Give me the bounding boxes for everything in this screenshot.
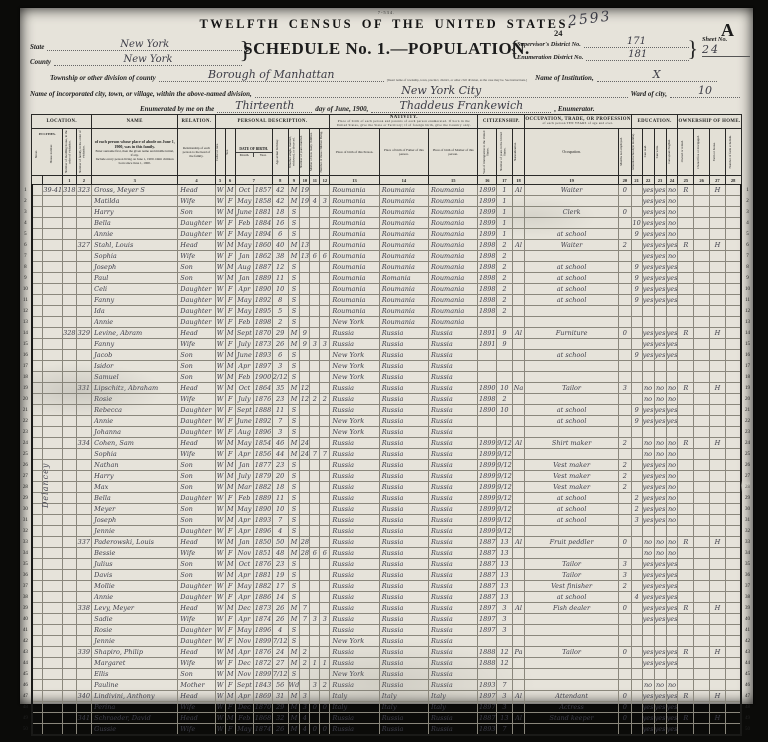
cell-own bbox=[678, 669, 694, 680]
cell-age: 26 bbox=[272, 339, 288, 350]
cell-pm: Russia bbox=[429, 405, 478, 416]
cell-age: 10 bbox=[272, 284, 288, 295]
cell-sch bbox=[631, 691, 642, 702]
cell-mort bbox=[694, 394, 710, 405]
cell-sch bbox=[631, 251, 642, 262]
cell-iy: 1899 bbox=[478, 526, 497, 537]
cell-name: Sadie bbox=[92, 614, 178, 625]
cell-pob: Russia bbox=[330, 405, 379, 416]
cell-nat bbox=[512, 306, 525, 317]
cell-ym bbox=[300, 273, 310, 284]
cell-occ: at school bbox=[525, 262, 619, 273]
cell-sch bbox=[631, 647, 642, 658]
census-table-header: LOCATION. NAME RELATION. PERSONAL DESCRI… bbox=[20, 115, 753, 185]
cell-occ: at school bbox=[525, 273, 619, 284]
col-num: 1 bbox=[63, 176, 76, 185]
cell-name: Ellis bbox=[92, 669, 178, 680]
cell-fs bbox=[725, 482, 741, 493]
cell-occ: Fish dealer bbox=[525, 603, 619, 614]
cell-en: yes bbox=[666, 614, 678, 625]
cell-age: 50 bbox=[272, 537, 288, 548]
cell-sch: 2 bbox=[631, 493, 642, 504]
cell-nat bbox=[512, 218, 525, 229]
cell-occ: Fruit peddler bbox=[525, 537, 619, 548]
cell-pob: Russia bbox=[330, 526, 379, 537]
cell-bm: Apr bbox=[235, 284, 254, 295]
cell-wr: yes bbox=[654, 581, 666, 592]
cell-fs bbox=[725, 284, 741, 295]
cell-pf: Roumania bbox=[379, 240, 428, 251]
cell-color: W bbox=[215, 537, 225, 548]
cell-occ: at school bbox=[525, 493, 619, 504]
table-row: 44MargaretWifeWFDec187227M211RussiaRussi… bbox=[20, 658, 753, 669]
cell-color: W bbox=[215, 295, 225, 306]
cell-name: Davis bbox=[92, 570, 178, 581]
cell-own: R bbox=[678, 383, 694, 394]
cell-mc bbox=[310, 438, 320, 449]
street-name-vertical: Delancey bbox=[41, 416, 52, 508]
cell-color: W bbox=[215, 559, 225, 570]
row-number: 39 bbox=[20, 603, 32, 614]
cell-street bbox=[32, 592, 43, 603]
cell-dwell bbox=[63, 196, 76, 207]
cell-wr: yes bbox=[654, 570, 666, 581]
cell-nat: Al bbox=[512, 713, 525, 724]
cell-mort bbox=[694, 372, 710, 383]
cell-name: Pauline bbox=[92, 680, 178, 691]
cell-yu: 3 bbox=[497, 702, 513, 713]
cell-mu bbox=[618, 306, 631, 317]
cell-age: 35 bbox=[272, 383, 288, 394]
cell-fh: H bbox=[710, 185, 726, 196]
cell-bm: Apr bbox=[235, 361, 254, 372]
cell-own: R bbox=[678, 647, 694, 658]
cell-en: yes bbox=[666, 691, 678, 702]
cell-occ: Attendant bbox=[525, 691, 619, 702]
cell-yu: 2 bbox=[497, 394, 513, 405]
cell-iy: 1899 bbox=[478, 493, 497, 504]
cell-sex: M bbox=[225, 669, 235, 680]
cell-pm: Roumania bbox=[429, 295, 478, 306]
cell-pob: Russia bbox=[330, 581, 379, 592]
cell-own bbox=[678, 295, 694, 306]
cell-street bbox=[32, 647, 43, 658]
cell-pm: Russia bbox=[429, 570, 478, 581]
cell-fh bbox=[710, 284, 726, 295]
cell-own bbox=[678, 262, 694, 273]
cell-house bbox=[43, 284, 63, 295]
cell-en: no bbox=[666, 493, 678, 504]
table-row: 20RosieWifeWFJuly187623M1222RussiaRussia… bbox=[20, 394, 753, 405]
cell-dwell bbox=[63, 526, 76, 537]
cell-wr: yes bbox=[654, 691, 666, 702]
cell-wr: yes bbox=[654, 482, 666, 493]
cell-en: yes bbox=[666, 658, 678, 669]
cell-fh bbox=[710, 416, 726, 427]
cell-fam bbox=[76, 680, 92, 691]
cell-own bbox=[678, 515, 694, 526]
cell-mu: 2 bbox=[618, 482, 631, 493]
cell-fam bbox=[76, 636, 92, 647]
cell-own: R bbox=[678, 603, 694, 614]
cell-wr: yes bbox=[654, 702, 666, 713]
cell-cl: 7 bbox=[320, 449, 330, 460]
cell-ms: S bbox=[288, 350, 300, 361]
cell-sch bbox=[631, 438, 642, 449]
cell-mc bbox=[310, 350, 320, 361]
cell-mc: 3 bbox=[310, 339, 320, 350]
city-value-line: New York City bbox=[255, 84, 628, 98]
table-row: 33337Paderowski, LouisHeadWMJan185050M28… bbox=[20, 537, 753, 548]
pob-mother-label: Place of birth of Mother of this person. bbox=[429, 147, 477, 157]
ward-value-line: 10 bbox=[670, 84, 740, 98]
cell-mc bbox=[310, 581, 320, 592]
cell-pf: Roumania bbox=[379, 262, 428, 273]
cell-rd: yes bbox=[642, 482, 654, 493]
cell-cl bbox=[320, 416, 330, 427]
cell-fh bbox=[710, 592, 726, 603]
table-row: 31JosephSonWMApr18937SRussiaRussiaRussia… bbox=[20, 515, 753, 526]
occupation-label: Occupation. bbox=[525, 150, 618, 154]
col-header-pob-person: Place of birth of this Person. bbox=[330, 129, 379, 176]
cell-nat bbox=[512, 526, 525, 537]
cell-wr: no bbox=[654, 383, 666, 394]
cell-mc bbox=[310, 592, 320, 603]
cell-mc bbox=[310, 207, 320, 218]
row-number: 21 bbox=[20, 405, 32, 416]
cell-fh bbox=[710, 680, 726, 691]
cell-en: no bbox=[666, 218, 678, 229]
cell-fam bbox=[76, 394, 92, 405]
col-header-attended-school: Attended school (in months). bbox=[631, 129, 642, 176]
cell-fs bbox=[725, 251, 741, 262]
cell-yu bbox=[497, 669, 513, 680]
col-header-color: Color or race. bbox=[215, 129, 225, 176]
cell-rd: yes bbox=[642, 493, 654, 504]
row-number: 17 bbox=[741, 361, 753, 372]
cell-dwell: 318 bbox=[63, 185, 76, 196]
cell-rel: Son bbox=[178, 471, 215, 482]
cell-pf: Russia bbox=[379, 592, 428, 603]
cell-ms: S bbox=[288, 581, 300, 592]
cell-color: W bbox=[215, 691, 225, 702]
cell-occ bbox=[525, 669, 619, 680]
cell-fam bbox=[76, 361, 92, 372]
cell-mort bbox=[694, 262, 710, 273]
cell-mort bbox=[694, 361, 710, 372]
cell-ms: M bbox=[288, 339, 300, 350]
cell-wr: yes bbox=[654, 339, 666, 350]
cell-nat: Al bbox=[512, 240, 525, 251]
cell-en: yes bbox=[666, 350, 678, 361]
cell-street bbox=[32, 350, 43, 361]
cell-fs bbox=[725, 702, 741, 713]
row-number: 18 bbox=[20, 372, 32, 383]
cell-pm: Roumania bbox=[429, 317, 478, 328]
cell-pob: New York bbox=[330, 427, 379, 438]
cell-occ bbox=[525, 680, 619, 691]
cell-rel: Wife bbox=[178, 251, 215, 262]
cell-fs bbox=[725, 504, 741, 515]
cell-cl bbox=[320, 460, 330, 471]
cell-own bbox=[678, 196, 694, 207]
cell-occ bbox=[525, 317, 619, 328]
cell-fam bbox=[76, 295, 92, 306]
cell-yu: 2 bbox=[497, 240, 513, 251]
cell-yu: 9/12 bbox=[497, 449, 513, 460]
cell-cl bbox=[320, 207, 330, 218]
cell-mu: 0 bbox=[618, 185, 631, 196]
cell-rel: Daughter bbox=[178, 317, 215, 328]
cell-color: W bbox=[215, 317, 225, 328]
cell-dwell bbox=[63, 482, 76, 493]
cell-iy: 1891 bbox=[478, 339, 497, 350]
cell-rel: Son bbox=[178, 460, 215, 471]
cell-iy: 1887 bbox=[478, 592, 497, 603]
relation-desc: Relationship of each person to the head … bbox=[178, 145, 214, 159]
cell-house bbox=[43, 394, 63, 405]
table-row: 139-41318323Gross, Meyer SHeadWMOct18574… bbox=[20, 185, 753, 196]
cell-dwell bbox=[63, 625, 76, 636]
cell-en: yes bbox=[666, 339, 678, 350]
page-header: 7-534. TWELFTH CENSUS OF THE UNITED STAT… bbox=[20, 8, 753, 114]
cell-mc: 0 bbox=[310, 702, 320, 713]
cell-fh bbox=[710, 570, 726, 581]
cell-own bbox=[678, 460, 694, 471]
cell-iy bbox=[478, 372, 497, 383]
cell-wr: yes bbox=[654, 405, 666, 416]
cell-bm: May bbox=[235, 504, 254, 515]
cell-sex: M bbox=[225, 647, 235, 658]
name-desc: of each person whose place of abode on J… bbox=[95, 139, 175, 149]
dob-label: DATE OF BIRTH. bbox=[236, 147, 272, 151]
cell-wr: yes bbox=[654, 647, 666, 658]
cell-sex: M bbox=[225, 383, 235, 394]
cell-pm: Russia bbox=[429, 669, 478, 680]
col-header-children-living: Number of these children living. bbox=[320, 129, 330, 176]
cell-rel: Wife bbox=[178, 702, 215, 713]
cell-mu bbox=[618, 295, 631, 306]
col-header-marital: Whether single, married, widowed, or div… bbox=[288, 129, 300, 176]
cell-wr bbox=[654, 427, 666, 438]
cell-age: 7 bbox=[272, 515, 288, 526]
row-number: 9 bbox=[741, 273, 753, 284]
cell-mc bbox=[310, 405, 320, 416]
cell-sex: M bbox=[225, 185, 235, 196]
cell-en: no bbox=[666, 229, 678, 240]
cell-mc: 6 bbox=[310, 548, 320, 559]
cell-mort bbox=[694, 449, 710, 460]
cell-pf: Russia bbox=[379, 449, 428, 460]
cell-color: W bbox=[215, 273, 225, 284]
row-number: 34 bbox=[20, 548, 32, 559]
cell-street bbox=[32, 548, 43, 559]
table-row: 26NathanSonWMJan187723SRussiaRussiaRussi… bbox=[20, 460, 753, 471]
cell-mc bbox=[310, 460, 320, 471]
cell-age: 4 bbox=[272, 625, 288, 636]
row-number: 40 bbox=[20, 614, 32, 625]
cell-name: Matilda bbox=[92, 196, 178, 207]
cell-age: 20 bbox=[272, 471, 288, 482]
cell-yu: 9/12 bbox=[497, 482, 513, 493]
cell-iy: 1897 bbox=[478, 691, 497, 702]
cell-fh bbox=[710, 218, 726, 229]
cell-color: W bbox=[215, 372, 225, 383]
cell-age: 48 bbox=[272, 548, 288, 559]
cell-ym: 19 bbox=[300, 185, 310, 196]
cell-rd: no bbox=[642, 537, 654, 548]
cell-dwell bbox=[63, 295, 76, 306]
cell-mort bbox=[694, 251, 710, 262]
cell-wr: no bbox=[654, 680, 666, 691]
cell-pob: Russia bbox=[330, 460, 379, 471]
cell-sex: F bbox=[225, 636, 235, 647]
col-header-years-married: Number of years married. bbox=[300, 129, 310, 176]
cell-ym bbox=[300, 570, 310, 581]
cell-own bbox=[678, 306, 694, 317]
cell-yu: 9/12 bbox=[497, 493, 513, 504]
cell-sch bbox=[631, 680, 642, 691]
cell-name: Cohen, Sam bbox=[92, 438, 178, 449]
cell-rel: Son bbox=[178, 262, 215, 273]
cell-dwell bbox=[63, 537, 76, 548]
cell-bm: May bbox=[235, 295, 254, 306]
cell-cl bbox=[320, 669, 330, 680]
cell-by: 1898 bbox=[254, 317, 273, 328]
cell-mc bbox=[310, 482, 320, 493]
cell-pob: Russia bbox=[330, 680, 379, 691]
cell-ym: 13 bbox=[300, 251, 310, 262]
cell-ms: M bbox=[288, 603, 300, 614]
cell-fh bbox=[710, 526, 726, 537]
cell-fs bbox=[725, 240, 741, 251]
cell-ym bbox=[300, 207, 310, 218]
cell-dwell bbox=[63, 548, 76, 559]
row-number: 1 bbox=[741, 185, 753, 196]
col-num: 3 bbox=[92, 176, 178, 185]
cell-pob: Roumania bbox=[330, 229, 379, 240]
cell-occ: Stand keeper bbox=[525, 713, 619, 724]
table-row: 45EllisSonWMNov18997/12SNew YorkRussiaRu… bbox=[20, 669, 753, 680]
cell-pm: Russia bbox=[429, 680, 478, 691]
cell-wr: yes bbox=[654, 196, 666, 207]
cell-yu: 3 bbox=[497, 614, 513, 625]
cell-rd bbox=[642, 361, 654, 372]
cell-name: Sophia bbox=[92, 251, 178, 262]
col-header-family-number: Number of family, in the order of visita… bbox=[76, 129, 92, 176]
cell-nat bbox=[512, 273, 525, 284]
cell-rd: yes bbox=[642, 504, 654, 515]
cell-pf: Russia bbox=[379, 713, 428, 724]
cell-name: Lindivini, Anthony bbox=[92, 691, 178, 702]
cell-sex: F bbox=[225, 592, 235, 603]
cell-pm: Roumania bbox=[429, 218, 478, 229]
cell-ym bbox=[300, 504, 310, 515]
cell-nat bbox=[512, 482, 525, 493]
col-num: 20 bbox=[618, 176, 631, 185]
col-num: 2 bbox=[76, 176, 92, 185]
cell-mu bbox=[618, 218, 631, 229]
can-speak-english-label: Can speak English. bbox=[668, 139, 677, 164]
row-number: 47 bbox=[741, 691, 753, 702]
cell-by: 1884 bbox=[254, 218, 273, 229]
cell-en: no bbox=[666, 207, 678, 218]
color-label: Color or race. bbox=[216, 143, 225, 161]
cell-by: 1864 bbox=[254, 383, 273, 394]
cell-house bbox=[43, 383, 63, 394]
cell-occ bbox=[525, 251, 619, 262]
cell-fam: 331 bbox=[76, 383, 92, 394]
cell-mc: 6 bbox=[310, 251, 320, 262]
cell-own bbox=[678, 405, 694, 416]
cell-pf: Romania bbox=[379, 273, 428, 284]
cell-fh: H bbox=[710, 691, 726, 702]
col-num: 15 bbox=[429, 176, 478, 185]
row-number: 13 bbox=[741, 317, 753, 328]
cell-rd bbox=[642, 526, 654, 537]
institution-value-line: X bbox=[597, 68, 717, 82]
cell-rel: Wife bbox=[178, 339, 215, 350]
cell-fs bbox=[725, 515, 741, 526]
cell-ym bbox=[300, 416, 310, 427]
cell-house bbox=[43, 317, 63, 328]
cell-color: W bbox=[215, 405, 225, 416]
cell-rel: Wife bbox=[178, 724, 215, 736]
cell-en: no bbox=[666, 482, 678, 493]
cell-mc bbox=[310, 284, 320, 295]
cell-occ bbox=[525, 427, 619, 438]
cell-ym bbox=[300, 625, 310, 636]
cell-by: 1881 bbox=[254, 207, 273, 218]
cell-dwell bbox=[63, 262, 76, 273]
cell-bm: Jan bbox=[235, 537, 254, 548]
cell-sch: 2 bbox=[631, 504, 642, 515]
cell-ym bbox=[300, 559, 310, 570]
cell-cl bbox=[320, 559, 330, 570]
cell-sex: M bbox=[225, 482, 235, 493]
cell-mu bbox=[618, 680, 631, 691]
cell-nat bbox=[512, 592, 525, 603]
owned-free-label: Owned free or mortgaged. bbox=[697, 135, 706, 169]
cell-age: 5 bbox=[272, 306, 288, 317]
cell-ms: S bbox=[288, 295, 300, 306]
cell-own bbox=[678, 218, 694, 229]
cell-yu: 1 bbox=[497, 185, 513, 196]
ward-label: Ward of city, bbox=[631, 90, 667, 98]
cell-sch bbox=[631, 196, 642, 207]
cell-color: W bbox=[215, 548, 225, 559]
cell-age: 42 bbox=[272, 196, 288, 207]
cell-own: R bbox=[678, 438, 694, 449]
row-number: 29 bbox=[20, 493, 32, 504]
cell-mc bbox=[310, 218, 320, 229]
cell-mort bbox=[694, 625, 710, 636]
cell-ms: S bbox=[288, 669, 300, 680]
cell-pob: Roumania bbox=[330, 251, 379, 262]
cell-iy: 1899 bbox=[478, 482, 497, 493]
cell-rd: yes bbox=[642, 603, 654, 614]
cell-mort bbox=[694, 218, 710, 229]
cell-ms: M bbox=[288, 691, 300, 702]
cell-sch: 9 bbox=[631, 273, 642, 284]
cell-pf: Roumania bbox=[379, 251, 428, 262]
cell-fam bbox=[76, 614, 92, 625]
cell-en: no bbox=[666, 383, 678, 394]
cell-by: 1882 bbox=[254, 482, 273, 493]
col-header-age: Age at last birthday. bbox=[272, 129, 288, 176]
cell-own bbox=[678, 625, 694, 636]
cell-name: Schraeder, David bbox=[92, 713, 178, 724]
